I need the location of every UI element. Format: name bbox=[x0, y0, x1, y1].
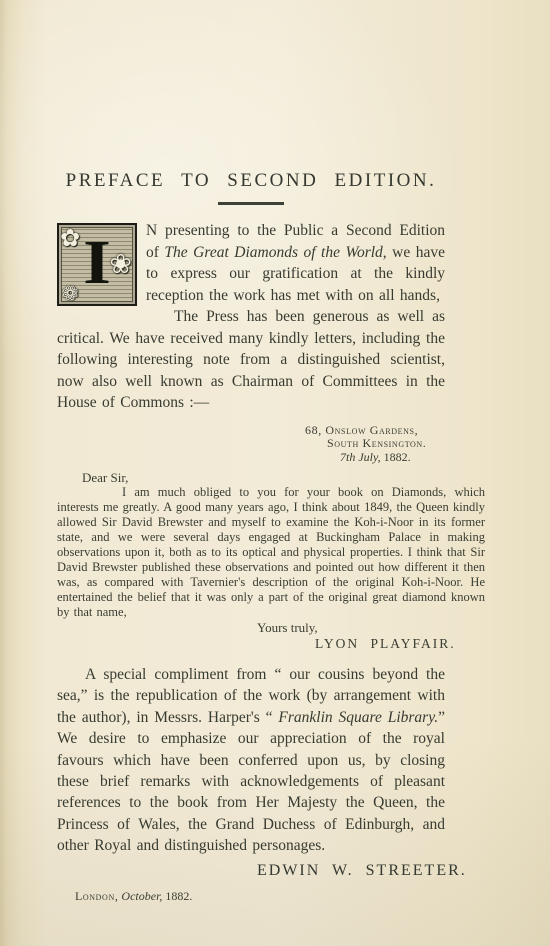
imprint-year: 1882. bbox=[165, 889, 192, 903]
imprint-month: October, bbox=[118, 889, 165, 903]
dropcap-initial: ✿ ❀ ❁ I bbox=[57, 223, 137, 306]
paragraph-compliment: A special compliment from “ our cousins … bbox=[57, 664, 445, 857]
letter-signature: LYON PLAYFAIR. bbox=[315, 636, 485, 651]
letter-date-day: 7th July, bbox=[340, 450, 381, 464]
imprint-place: London, bbox=[75, 889, 118, 903]
dropcap-letter: I bbox=[83, 231, 111, 293]
title-rule bbox=[218, 202, 284, 205]
flower-ornament-icon: ❀ bbox=[109, 251, 132, 278]
page-title: PREFACE TO SECOND EDITION. bbox=[57, 170, 445, 192]
text-column: PREFACE TO SECOND EDITION. ✿ ❀ ❁ I N pre… bbox=[57, 0, 445, 904]
author-signature: EDWIN W. STREETER. bbox=[257, 862, 445, 880]
letter-date: 7th July, 1882. bbox=[340, 451, 445, 465]
paragraph-press: The Press has been generous as well as c… bbox=[57, 306, 445, 414]
letter-body: I am much obliged to you for your book o… bbox=[57, 485, 485, 620]
letter-date-year: 1882. bbox=[381, 450, 411, 464]
book-title-italic: The Great Diamonds of the World bbox=[164, 244, 382, 261]
letter-closing: Yours truly, bbox=[257, 620, 485, 635]
flower-ornament-icon: ✿ bbox=[60, 226, 80, 250]
flower-ornament-icon: ❁ bbox=[59, 281, 82, 306]
compliment-text-continued: ” We desire to emphasize our appreciatio… bbox=[57, 709, 445, 854]
library-title-italic: Franklin Square Library. bbox=[278, 709, 438, 726]
imprint-line: London, October, 1882. bbox=[75, 889, 445, 904]
address-line-1: 68, Onslow Gardens, bbox=[305, 424, 445, 438]
address-line-2: South Kensington. bbox=[327, 437, 445, 451]
paragraph-intro: ✿ ❀ ❁ I N presenting to the Public a Sec… bbox=[57, 220, 445, 306]
letter-salutation: Dear Sir, bbox=[82, 470, 485, 485]
letter-block: Dear Sir, I am much obliged to you for y… bbox=[57, 470, 485, 651]
book-page: PREFACE TO SECOND EDITION. ✿ ❀ ❁ I N pre… bbox=[0, 0, 550, 946]
letter-address: 68, Onslow Gardens, South Kensington. 7t… bbox=[57, 424, 445, 465]
